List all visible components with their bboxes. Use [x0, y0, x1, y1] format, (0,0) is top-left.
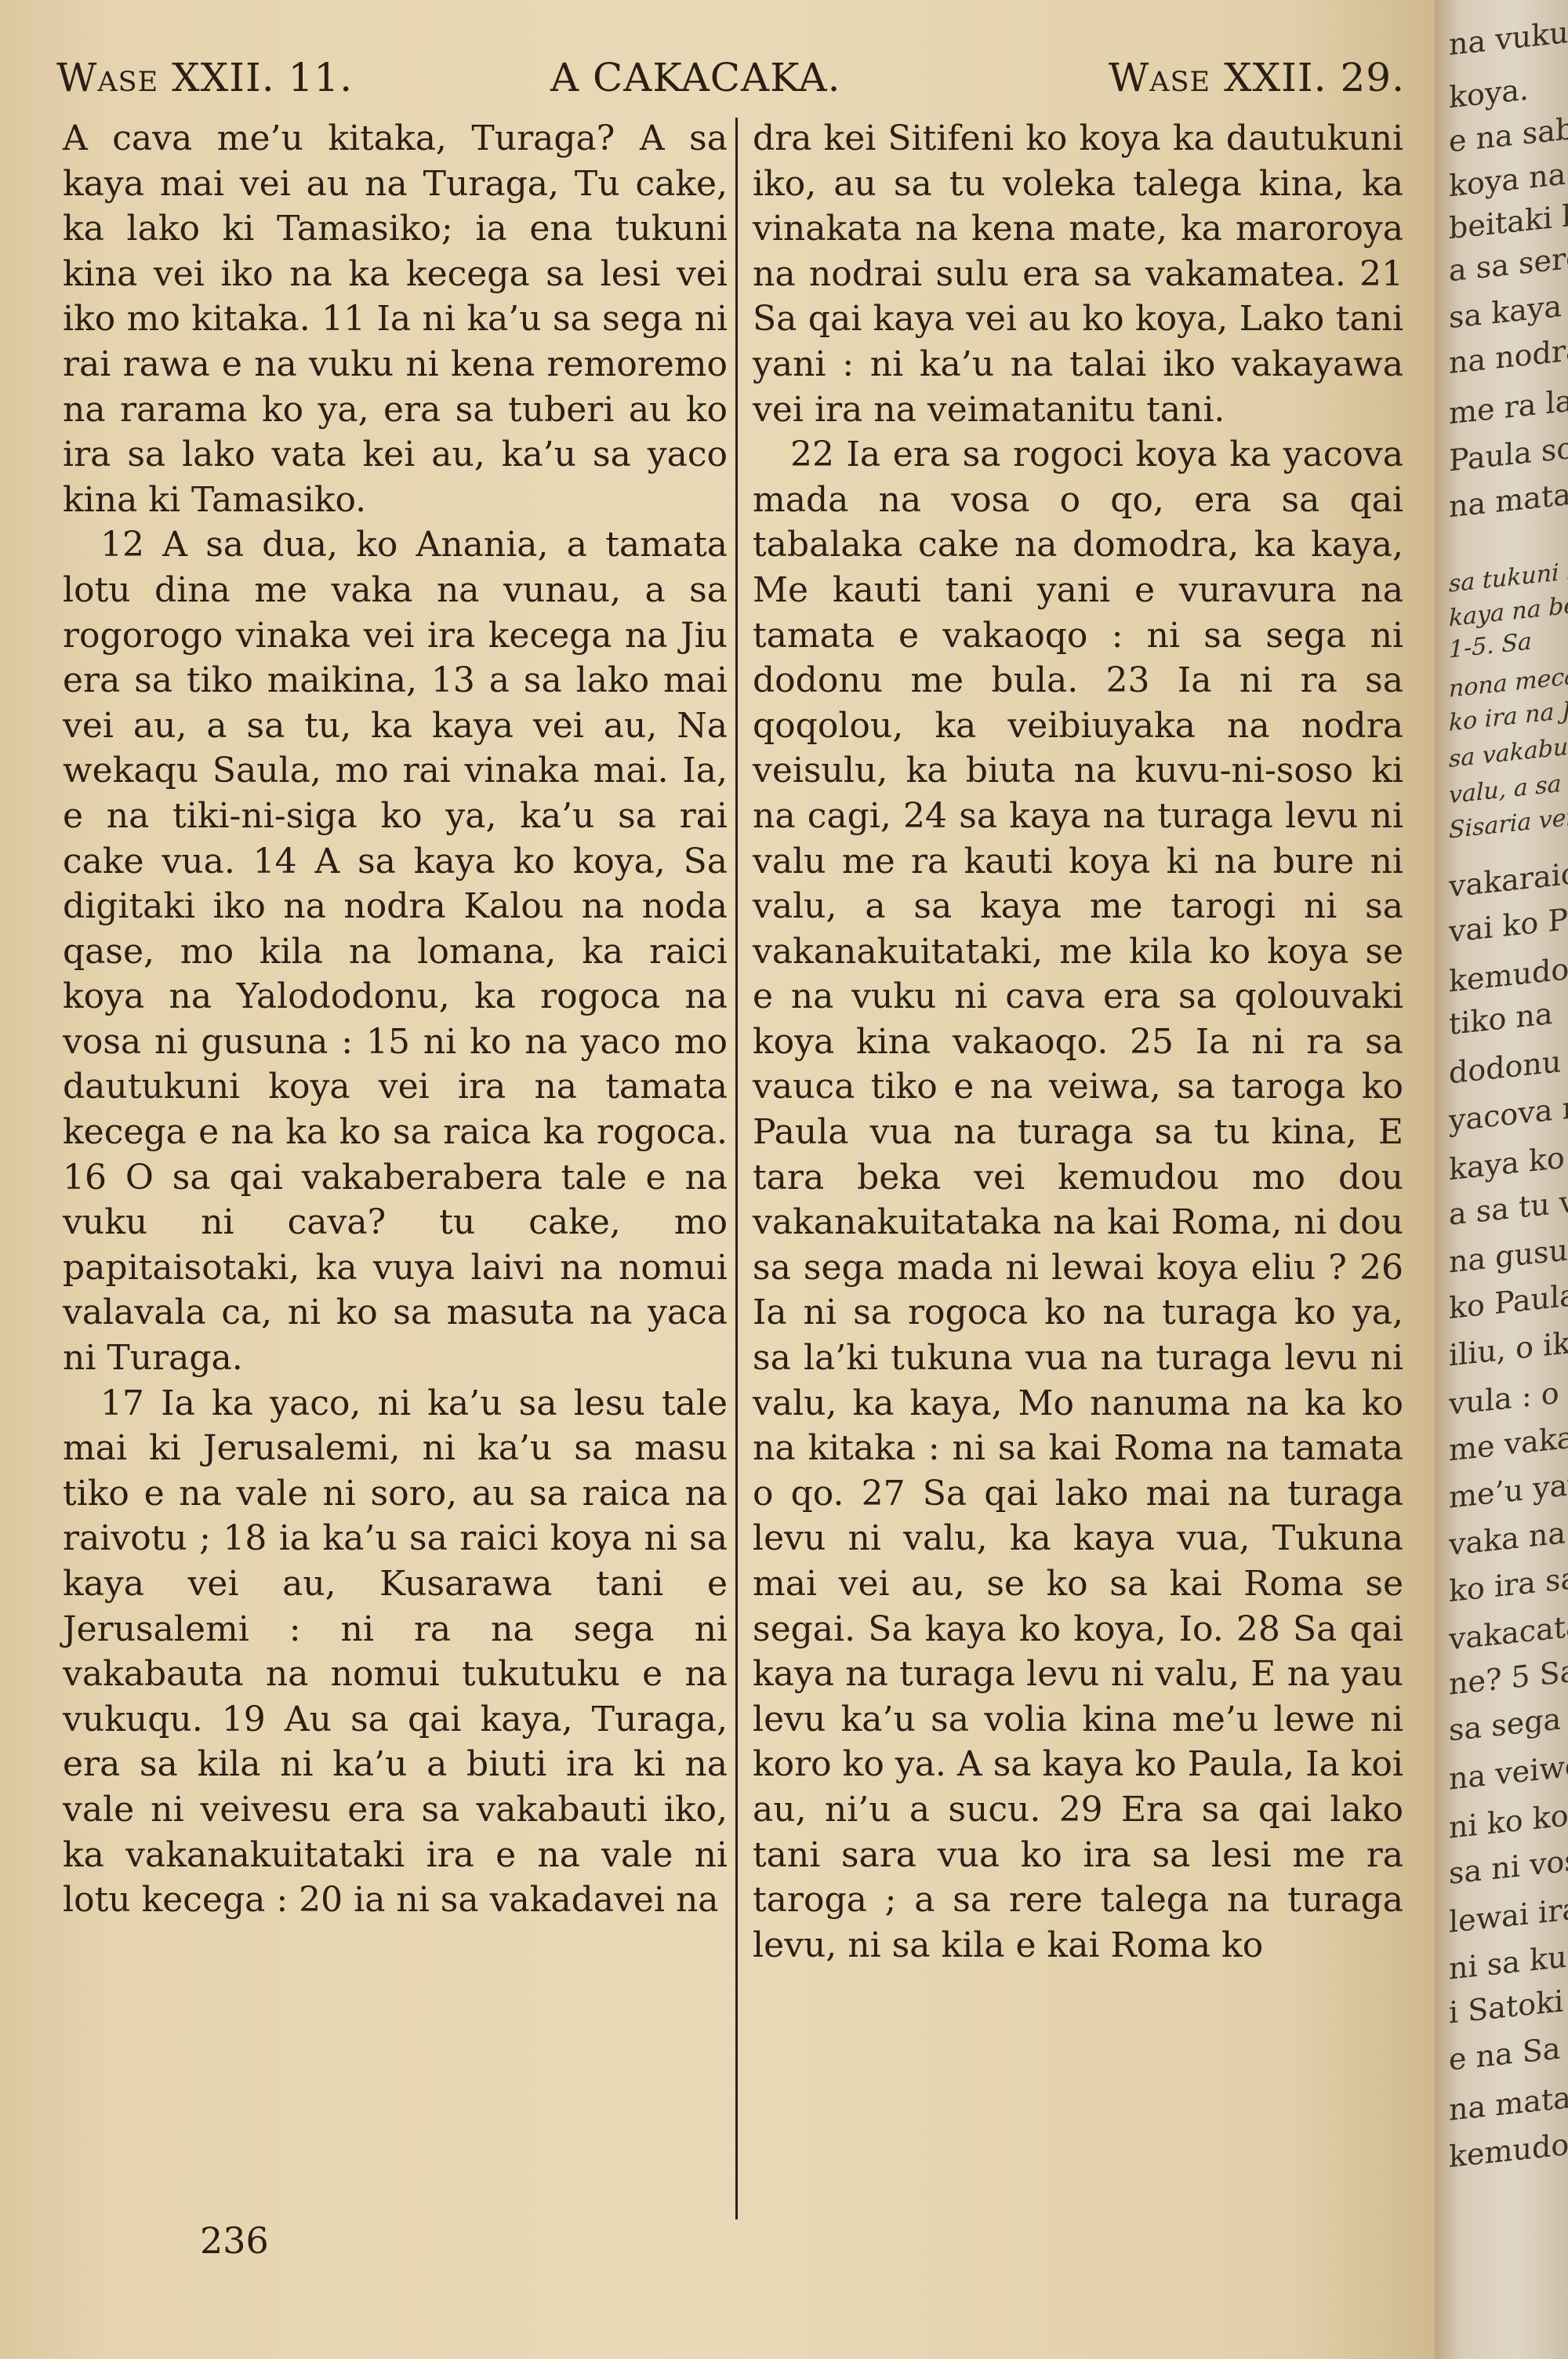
- book-page-right-edge: na vuku koya. e na sabogi koya na kena b…: [1435, 0, 1568, 2359]
- paragraph: 17 Ia ka yaco, ni ka’u sa lesu tale mai …: [63, 1381, 728, 1923]
- page-title: A CAKACAKA.: [550, 55, 841, 100]
- book-page-left: Wase XXII. 11. A CAKACAKA. Wase XXII. 29…: [0, 0, 1435, 2359]
- running-header: Wase XXII. 11. A CAKACAKA. Wase XXII. 29…: [56, 55, 1405, 110]
- page-number: 236: [200, 2219, 269, 2262]
- running-head-right: Wase XXII. 29.: [1109, 55, 1405, 100]
- text-column-left: A cava me’u kitaka, Turaga? A sa kaya ma…: [63, 116, 728, 1923]
- fragment: e na Sa: [1449, 2026, 1560, 2083]
- paragraph: dra kei Sitifeni ko koya ka dautukuni ik…: [753, 116, 1403, 432]
- paragraph: 12 A sa dua, ko Anania, a tamata lotu di…: [63, 522, 728, 1380]
- fragment: sa tukuni koya: [1449, 551, 1568, 599]
- column-divider: [735, 118, 738, 2219]
- paragraph: 22 Ia era sa rogoci koya ka yacova mada …: [753, 432, 1403, 1968]
- fragment: tiko na: [1449, 990, 1553, 1047]
- fragment: na vuku: [1449, 9, 1568, 67]
- paragraph: A cava me’u kitaka, Turaga? A sa kaya ma…: [63, 116, 728, 522]
- running-head-left: Wase XXII. 11.: [56, 55, 353, 100]
- text-column-right: dra kei Sitifeni ko koya ka dautukuni ik…: [753, 116, 1403, 1968]
- fragment: 1-5. Sa: [1449, 627, 1532, 665]
